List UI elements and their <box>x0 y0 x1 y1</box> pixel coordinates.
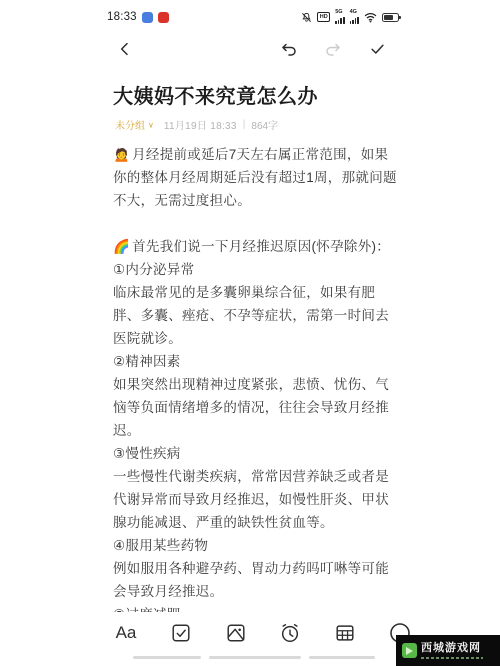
paragraph: ④服用某些药物 <box>113 534 401 557</box>
paragraph-text: ③慢性疾病 <box>113 446 181 461</box>
watermark-text: 西城游戏网 <box>421 642 483 655</box>
paragraph: 如果突然出现精神过度紧张，悲愤、忧伤、气恼等负面情绪增多的情况，往往会导致月经推… <box>113 373 401 442</box>
image-icon <box>225 622 247 644</box>
paragraph: 例如服用各种避孕药、胃动力药吗叮啉等可能会导致月经推迟。 <box>113 557 401 603</box>
hd-voice-icon: HD <box>317 12 330 22</box>
paragraph-text: ②精神因素 <box>113 354 181 369</box>
group-selector[interactable]: 未分组 ∨ <box>115 117 154 132</box>
chevron-down-icon: ∨ <box>148 121 154 130</box>
insert-table-button[interactable] <box>332 620 358 646</box>
screenshot-stage: 18:33 HD 5G 4G <box>0 0 500 666</box>
todo-checkbox-button[interactable] <box>168 620 194 646</box>
red-app-notification-icon <box>158 12 169 23</box>
text-style-button[interactable]: Aa <box>113 620 139 646</box>
checkmark-icon <box>368 41 387 57</box>
mute-icon <box>301 12 312 23</box>
status-left: 18:33 <box>107 11 169 23</box>
paragraph-emoji: 🌈 <box>113 239 130 254</box>
paragraph: ③慢性疾病 <box>113 442 401 465</box>
paragraph: 🙍月经提前或延后7天左右属正常范围，如果你的整体月经周期延后没有超过1周，那就问… <box>113 143 401 212</box>
insert-image-button[interactable] <box>223 620 249 646</box>
status-right: HD 5G 4G <box>301 10 399 24</box>
wifi-icon <box>364 12 377 23</box>
clock-time: 18:33 <box>107 11 137 23</box>
watermark-logo-icon <box>402 643 417 658</box>
watermark-subline <box>421 657 483 659</box>
paragraph: 一些慢性代谢类疾病，常常因营养缺乏或者是代谢异常而导致月经推迟，如慢性肝炎、甲状… <box>113 465 401 534</box>
chevron-left-icon <box>117 41 133 57</box>
status-bar: 18:33 HD 5G 4G <box>107 8 399 26</box>
paragraph: 临床最常见的是多囊卵巢综合征，如果有肥胖、多囊、痤疮、不孕等症状，需第一时间去医… <box>113 281 401 350</box>
notes-app-screen: 18:33 HD 5G 4G <box>95 0 405 666</box>
table-icon <box>334 622 356 644</box>
checkbox-icon <box>170 622 192 644</box>
undo-icon <box>279 40 299 58</box>
paragraph-text: ④服用某些药物 <box>113 538 208 553</box>
keyboard-hint-lines <box>133 656 375 659</box>
note-date: 11月19日 18:33 <box>164 117 237 132</box>
redo-icon <box>323 40 343 58</box>
edit-actions <box>277 37 389 61</box>
alarm-reminder-button[interactable] <box>277 620 303 646</box>
back-button[interactable] <box>113 37 137 61</box>
blue-app-notification-icon <box>142 12 153 23</box>
note-meta: 未分组 ∨ 11月19日 18:33 | 864字 <box>115 117 391 132</box>
paragraph-emoji: 🙍 <box>113 147 130 162</box>
meta-separator: | <box>243 119 246 130</box>
redo-button[interactable] <box>321 37 345 61</box>
alarm-clock-icon <box>279 622 301 644</box>
toolbar-row: Aa <box>113 620 413 646</box>
note-body-editor[interactable]: 🙍月经提前或延后7天左右属正常范围，如果你的整体月经周期延后没有超过1周，那就问… <box>113 143 401 613</box>
sim1-signal-icon: 5G <box>335 10 344 24</box>
bottom-toolbar: Aa <box>95 612 405 666</box>
sim2-signal-icon: 4G <box>350 10 359 24</box>
battery-icon <box>382 13 399 22</box>
paragraph-text: 一些慢性代谢类疾病，常常因营养缺乏或者是代谢异常而导致月经推迟，如慢性肝炎、甲状… <box>113 469 389 530</box>
paragraph-text: 月经提前或延后7天左右属正常范围，如果你的整体月经周期延后没有超过1周，那就问题… <box>113 147 397 208</box>
site-watermark: 西城游戏网 <box>396 635 500 666</box>
paragraph-text: 首先我们说一下月经推迟原因(怀孕除外)： <box>132 239 390 254</box>
paragraph: 🌈首先我们说一下月经推迟原因(怀孕除外)： <box>113 235 401 258</box>
paragraph-text: 临床最常见的是多囊卵巢综合征，如果有肥胖、多囊、痤疮、不孕等症状，需第一时间去医… <box>113 285 389 346</box>
paragraph: ②精神因素 <box>113 350 401 373</box>
undo-button[interactable] <box>277 37 301 61</box>
paragraph-text: 如果突然出现精神过度紧张，悲愤、忧伤、气恼等负面情绪增多的情况，往往会导致月经推… <box>113 377 389 438</box>
group-label: 未分组 <box>115 117 145 132</box>
paragraph-text: ①内分泌异常 <box>113 262 194 277</box>
paragraph: ①内分泌异常 <box>113 258 401 281</box>
paragraph-text: 例如服用各种避孕药、胃动力药吗叮啉等可能会导致月经推迟。 <box>113 561 389 599</box>
word-count: 864字 <box>251 117 278 132</box>
edit-toolbar <box>113 34 389 64</box>
save-note-button[interactable] <box>365 37 389 61</box>
note-title[interactable]: 大姨妈不来究竟怎么办 <box>113 80 391 109</box>
